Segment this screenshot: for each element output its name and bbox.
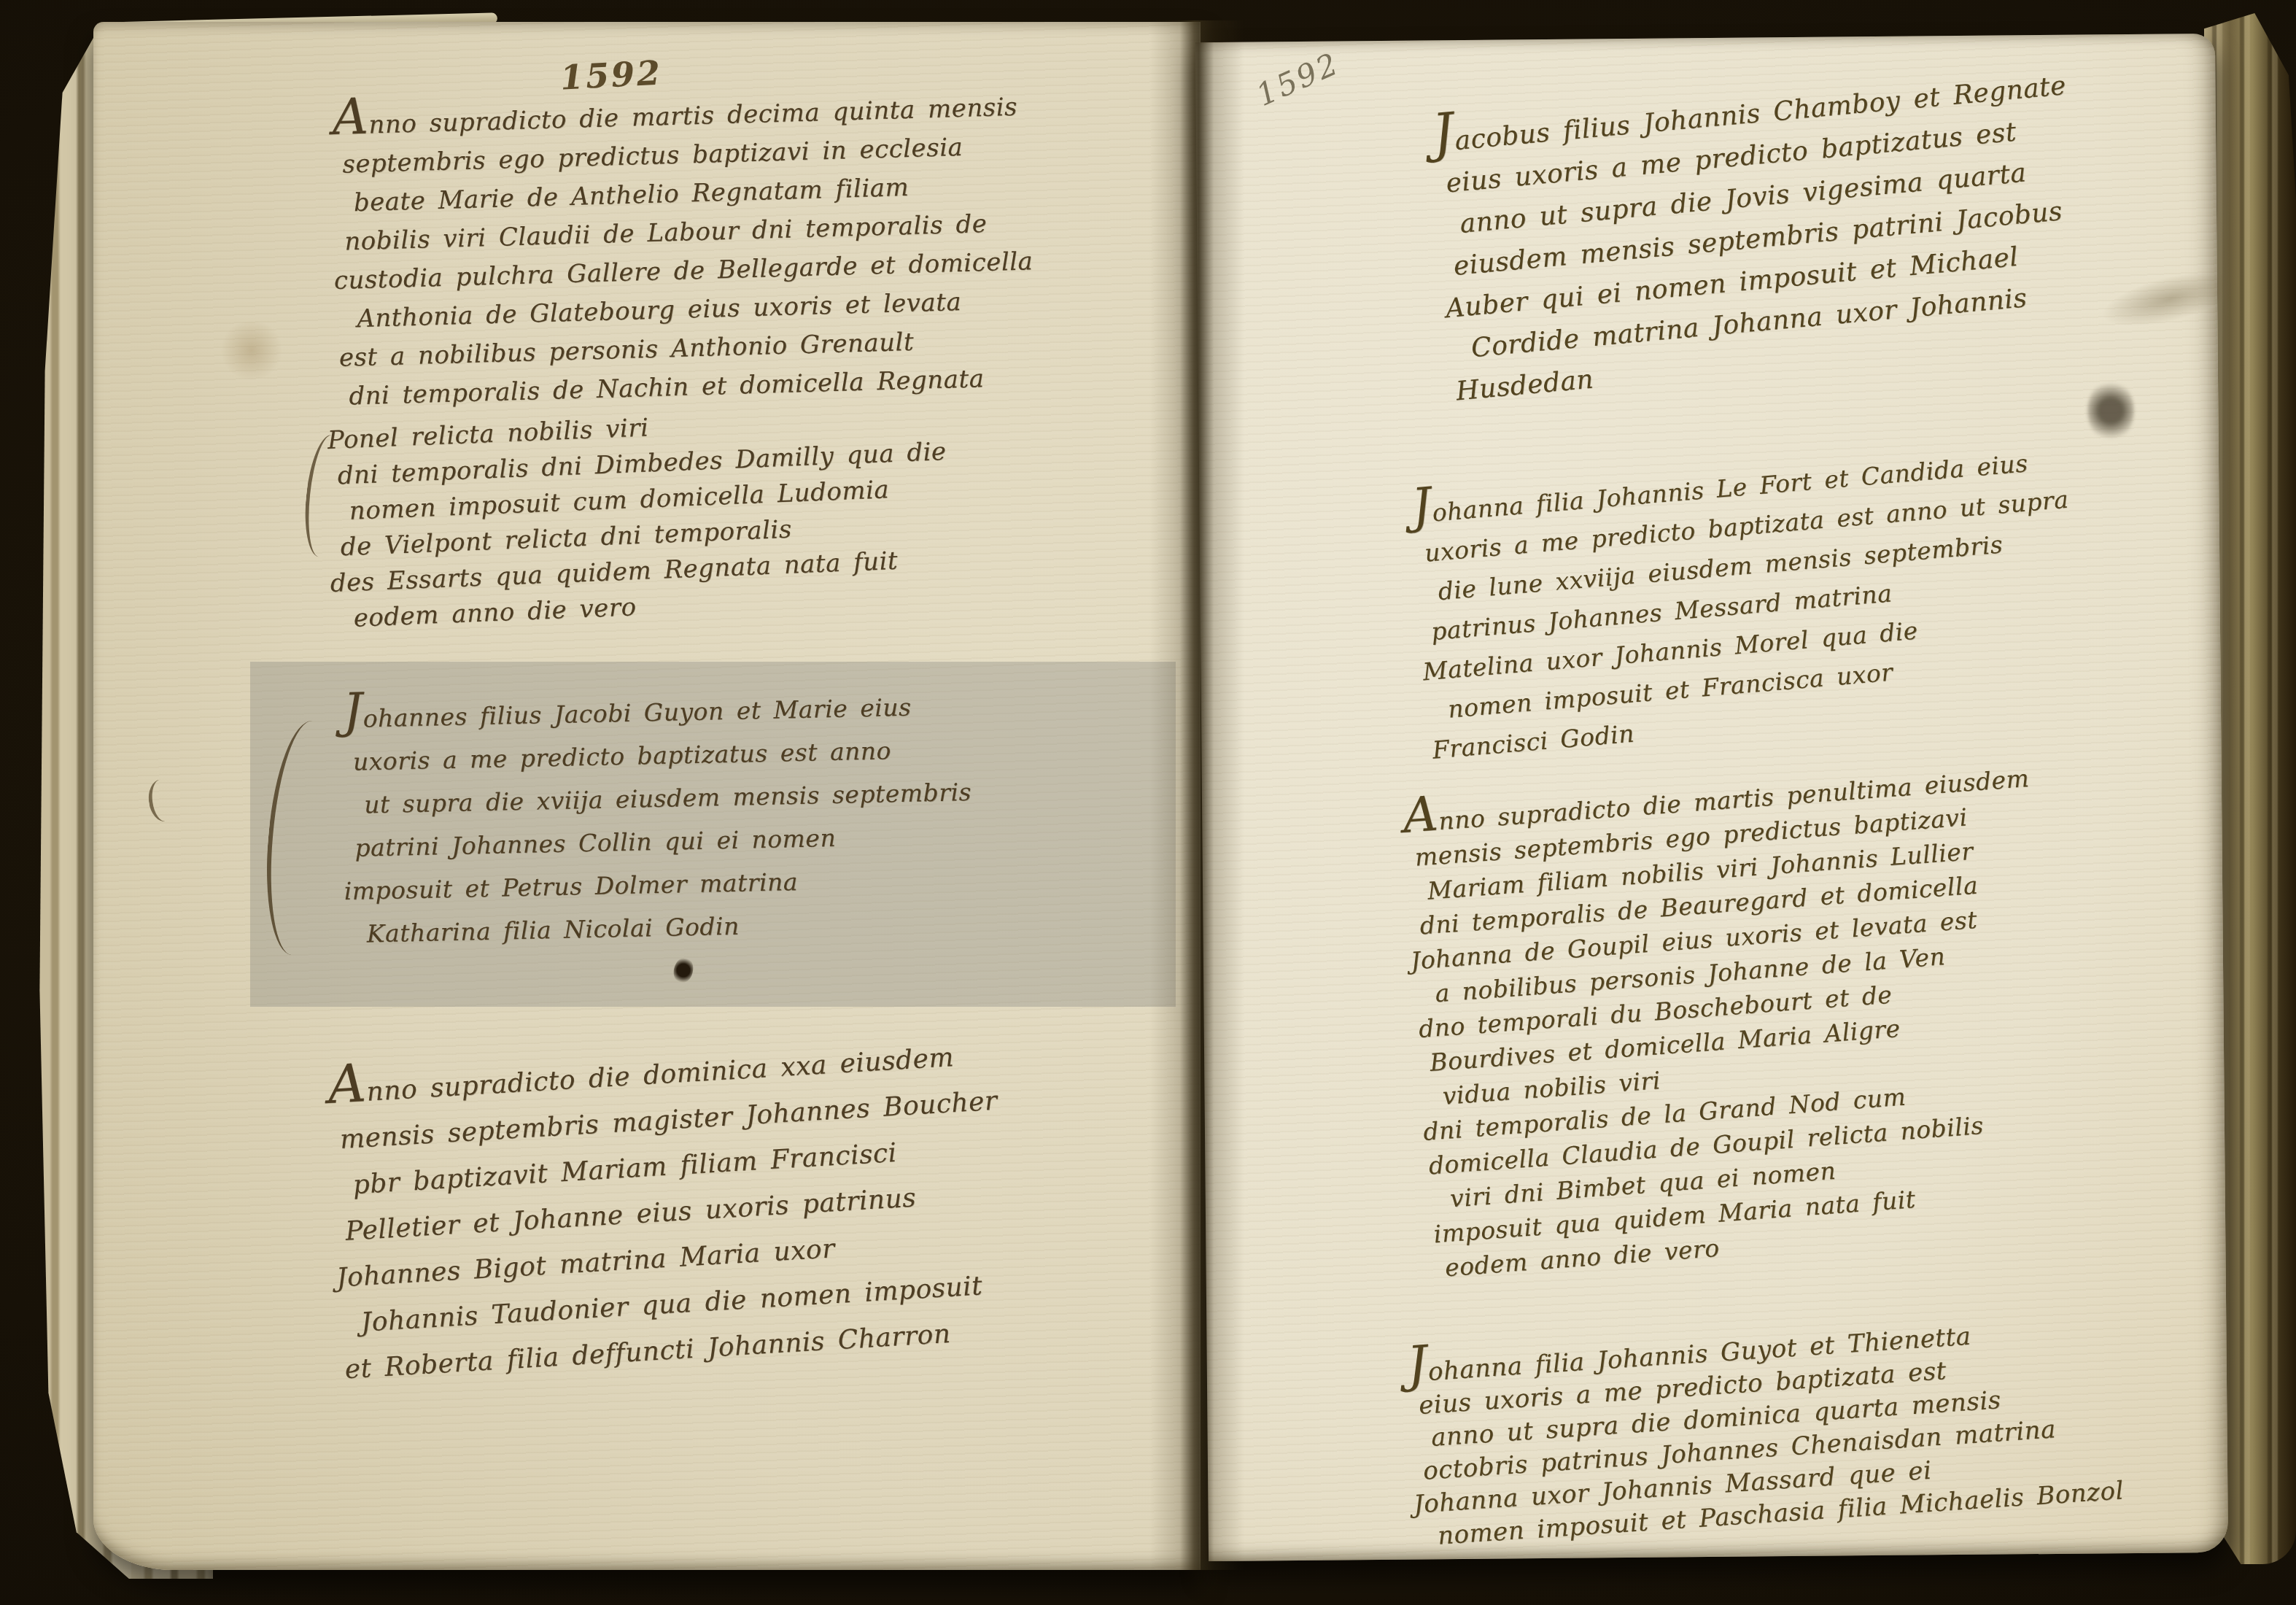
baptism-entry: Anno supradicto die martis decima quinta…: [332, 77, 1190, 416]
manuscript-scan: 1592 1592 Anno supradicto die martis dec…: [0, 0, 2296, 1605]
baptism-entry-highlighted: Johannes filius Jacobi Guyon et Marie ei…: [343, 677, 1172, 956]
baptism-entry-continuation: Ponel relicta nobilis viridni temporalis…: [327, 390, 1166, 638]
year-heading-left: 1592: [559, 53, 664, 97]
baptism-entry: Anno supradicto die dominica xxa eiusdem…: [327, 1016, 1198, 1393]
baptism-entry: Anno supradicto die martis penultima eiu…: [1402, 739, 2267, 1286]
